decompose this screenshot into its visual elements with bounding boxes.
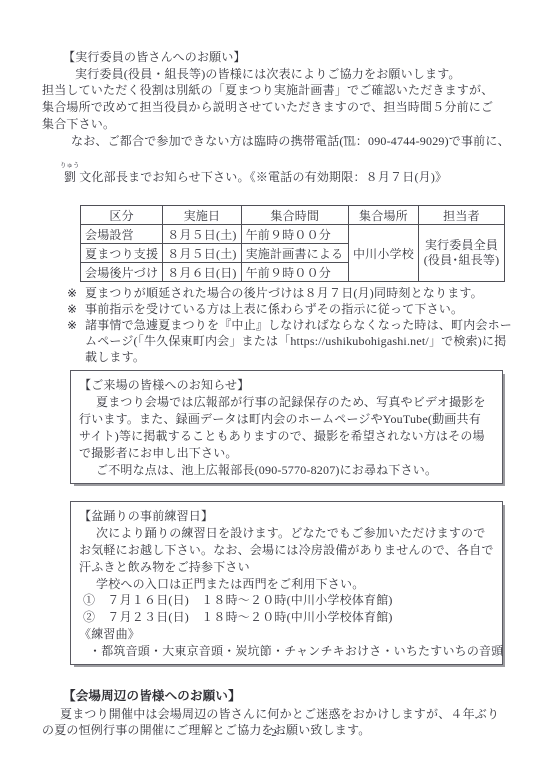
note-text: 載します。 <box>85 349 512 365</box>
note-marker: ※ <box>67 285 85 301</box>
note-item: ※ 事前指示を受けている方は上表に係わらずその指示に従って下さい。 <box>67 301 505 317</box>
header-staff: 担当者 <box>418 206 504 225</box>
committee-paragraph-line: 実行委員(役員・組長等)の皆様には次表によりご協力をお願いします。 <box>75 66 505 83</box>
visitors-box-line: ご不明な点は、池上広報部長(090-5770-8207)にお尋ね下さい。 <box>96 462 496 479</box>
ruby-annotated-name: りゅう劉 <box>64 169 76 186</box>
table-header-row: 区分 実施日 集合時間 集合場所 担当者 <box>81 206 505 225</box>
practice-date-line: ② ７月２３日(日) １８時～２０時(中川小学校体育館) <box>83 609 496 626</box>
neighbors-paragraph-line: 夏まつり開催中は会場周辺の皆さんに何かとご迷惑をおかけしますが、４年ぶり <box>60 706 505 723</box>
notes-list: ※ 夏まつりが順延された場合の後片づけは８月７日(月)同時刻となります。 ※ 事… <box>42 285 505 365</box>
note-item: ※ 諸事情で急遽夏まつりを『中止』しなければならなくなった時は、町内会ホー ムペ… <box>67 317 505 365</box>
header-time: 集合時間 <box>241 206 348 225</box>
cell-date: ８月６日(日) <box>163 263 241 282</box>
committee-paragraph-line: 集合場所で改めて担当役員から説明させていただきますので、担当時間５分前にご <box>42 99 505 116</box>
document-page: 【実行委員の皆さんへのお願い】 実行委員(役員・組長等)の皆様には次表によりご協… <box>0 0 549 776</box>
contact-phone-line: なお、ご都合で参加できない方は臨時の携帯電話(℡：090-4744-9029)で… <box>71 133 505 150</box>
committee-section-title: 【実行委員の皆さんへのお願い】 <box>63 49 505 66</box>
visitors-box-line: 夏まつり会場では広報部が行事の記録保存のため、写真やビデオ撮影を <box>96 394 496 411</box>
table-row: 会場設営 ８月５日(土) 午前９時００分 中川小学校 実行委員全員 (役員･組長… <box>81 225 505 244</box>
note-text: 夏まつりが順延された場合の後片づけは８月７日(月)同時刻となります。 <box>85 285 483 301</box>
header-category: 区分 <box>81 206 163 225</box>
cell-time: 午前９時００分 <box>241 263 348 282</box>
cell-category: 会場設営 <box>81 225 163 244</box>
cell-date: ８月５日(土) <box>163 225 241 244</box>
contact-person-line: りゅう劉 文化部長までお知らせ下さい。《※電話の有効期限：８月７日(月)》 <box>51 152 505 202</box>
practice-box-line: 学校への入口は正門または西門をご利用下さい。 <box>96 576 496 593</box>
note-text: 事前指示を受けている方は上表に係わらずその指示に従って下さい。 <box>85 301 463 317</box>
visitors-notice-box: 【ご来場の皆様へのお知らせ】 夏まつり会場では広報部が行事の記録保存のため、写真… <box>70 370 503 484</box>
practice-date-line: ① ７月１６日(日) １８時～２０時(中川小学校体育館) <box>83 592 496 609</box>
visitors-box-title: 【ご来場の皆様へのお知らせ】 <box>79 377 496 394</box>
cell-category: 会場後片づけ <box>81 263 163 282</box>
note-item: ※ 夏まつりが順延された場合の後片づけは８月７日(月)同時刻となります。 <box>67 285 505 301</box>
schedule-table: 区分 実施日 集合時間 集合場所 担当者 会場設営 ８月５日(土) 午前９時００… <box>80 205 505 282</box>
staff-line: (役員･組長等) <box>423 253 500 268</box>
cell-time: 実施計画書による <box>241 244 348 263</box>
practice-box: 【盆踊りの事前練習日】 次により踊りの練習日を設けます。どなたでもご参加いただけ… <box>70 501 503 664</box>
song-list-line: ・都筑音頭・大東京音頭・炭坑節・チャンチキおけさ・いちたすいちの音頭 <box>89 643 496 660</box>
page-number: - 2 - <box>0 727 549 739</box>
practice-box-line: 次により踊りの練習日を設けます。どなたでもご参加いただけますので <box>96 525 496 542</box>
header-place: 集合場所 <box>348 206 418 225</box>
cell-category: 夏まつり支援 <box>81 244 163 263</box>
committee-paragraph-line: 担当していただく役割は別紙の「夏まつり実施計画書」でご確認いただきますが、 <box>42 82 505 99</box>
practice-box-line: お気軽にお越し下さい。なお、会場には冷房設備がありませんので、各自で <box>79 542 496 559</box>
furigana-text: りゅう <box>60 163 80 169</box>
header-date: 実施日 <box>163 206 241 225</box>
cell-staff: 実行委員全員 (役員･組長等) <box>418 225 504 282</box>
note-marker: ※ <box>67 317 85 365</box>
visitors-box-line: 行います。また、録画データは町内会のホームページやYouTube(動画共有 <box>79 411 496 428</box>
note-text: 諸事情で急遽夏まつりを『中止』しなければならなくなった時は、町内会ホー <box>85 317 512 333</box>
practice-box-line: 汗ふきと飲み物をご持参下さい <box>79 559 496 576</box>
note-marker: ※ <box>67 301 85 317</box>
cell-time: 午前９時００分 <box>241 225 348 244</box>
staff-line: 実行委員全員 <box>423 238 500 253</box>
cell-date: ８月５日(土) <box>163 244 241 263</box>
contact-person-rest: 文化部長までお知らせ下さい。《※電話の有効期限：８月７日(月)》 <box>76 170 447 184</box>
neighbors-section-title: 【会場周辺の皆様へのお願い】 <box>63 688 505 705</box>
committee-paragraph-line: 集合下さい。 <box>42 116 505 133</box>
practice-box-title: 【盆踊りの事前練習日】 <box>79 508 496 525</box>
cell-meeting-place: 中川小学校 <box>348 225 418 282</box>
note-text: ムページ(「牛久保東町内会」または「https://ushikubohigash… <box>85 333 512 349</box>
song-list-heading: 《練習曲》 <box>79 626 496 643</box>
visitors-box-line: で撮影者にお申し出下さい。 <box>79 445 496 462</box>
visitors-box-line: サイト)等に掲載することもありますので、撮影を希望されない方はその場 <box>79 428 496 445</box>
surname-text: 劉 <box>64 170 76 184</box>
